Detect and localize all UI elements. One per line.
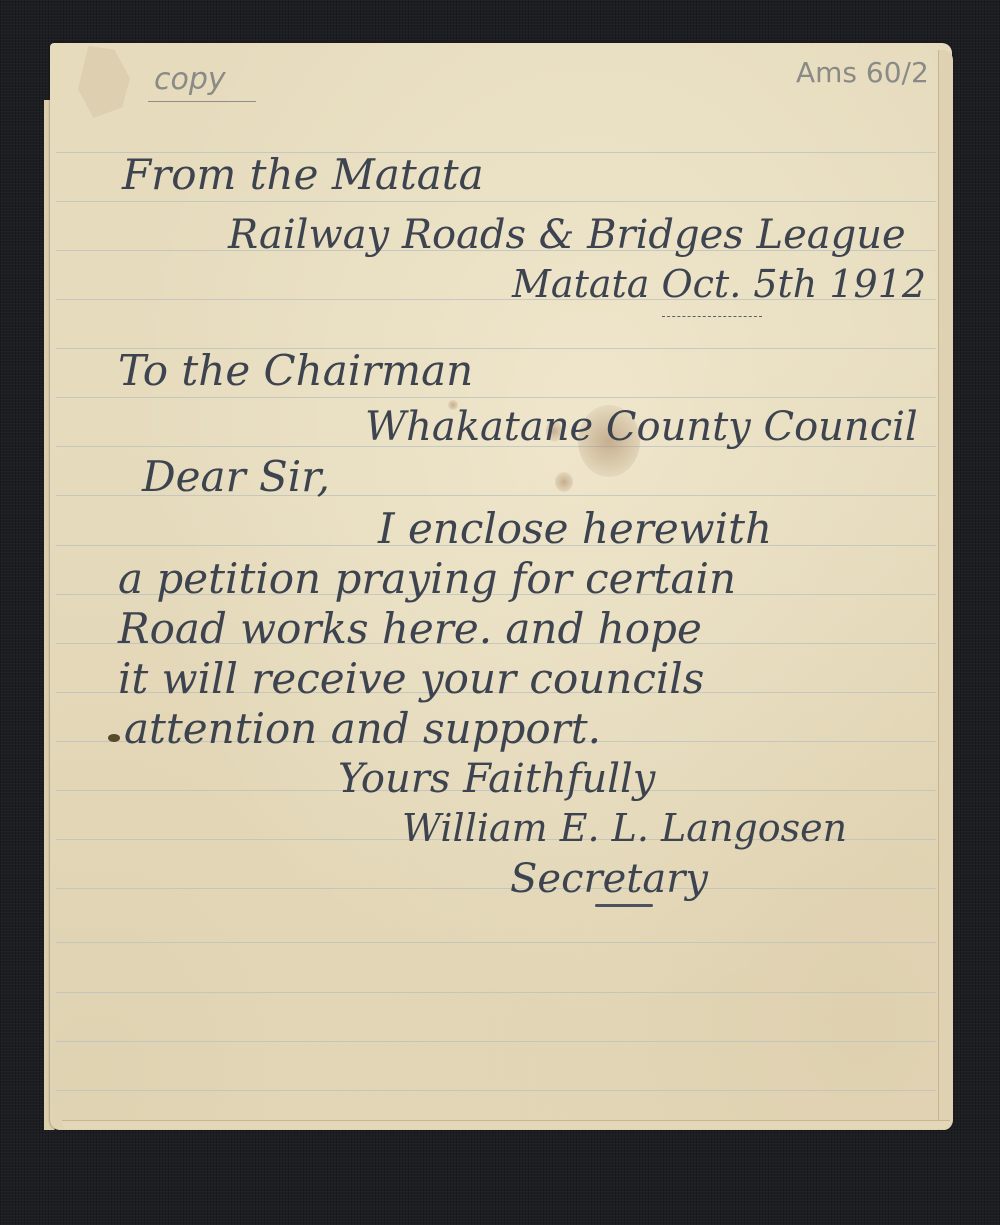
body-line-1: I enclose herewith	[378, 504, 772, 553]
signature: William E. L. Langosen	[402, 806, 847, 850]
archive-reference: Ams 60/2	[796, 56, 929, 89]
place-date: Matata Oct. 5th 1912	[512, 262, 926, 306]
page-right-edge	[938, 50, 953, 1130]
body-line-5: attention and support.	[124, 704, 601, 753]
recipient-line-2: Whakatane County Council	[365, 404, 918, 450]
signatory-title: Secretary	[510, 856, 708, 902]
salutation: Dear Sir,	[142, 452, 330, 501]
ink-blot	[108, 734, 120, 742]
from-line: From the Matata	[122, 150, 484, 199]
organization-name: Railway Roads & Bridges League	[228, 212, 906, 258]
page-bottom-edge	[62, 1120, 950, 1129]
copy-annotation: copy	[148, 62, 256, 102]
signature-underline	[595, 904, 653, 907]
body-line-4: it will receive your councils	[118, 654, 704, 703]
body-line-2: a petition praying for certain	[118, 554, 736, 603]
separator-dash	[662, 316, 762, 319]
body-line-3: Road works here. and hope	[118, 604, 702, 653]
recipient-line-1: To the Chairman	[118, 346, 473, 395]
water-stain	[555, 472, 573, 492]
closing: Yours Faithfully	[338, 756, 655, 802]
